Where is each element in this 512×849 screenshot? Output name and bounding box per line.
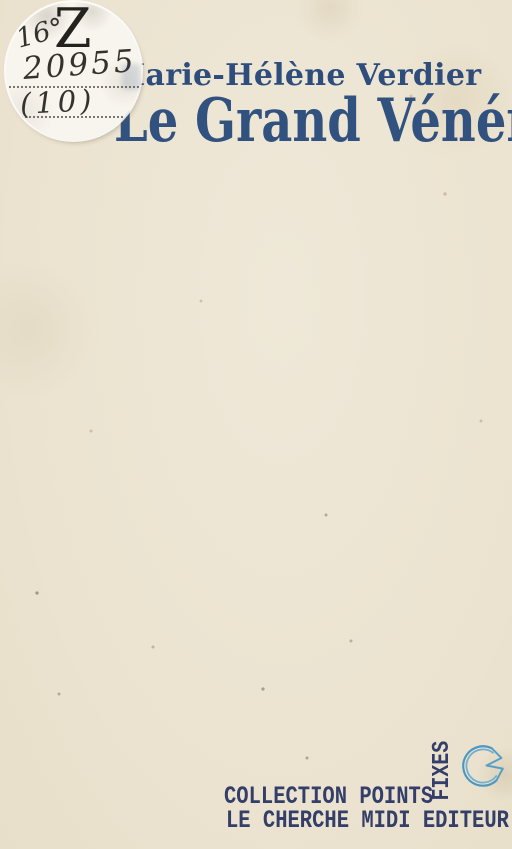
series-vertical-label: FIXES <box>431 747 455 800</box>
sticker-call-number: 20955 <box>22 46 138 85</box>
ink-show-through <box>122 64 140 90</box>
book-title: Le Grand Vénéré <box>114 91 512 151</box>
sticker-dotted-line <box>6 116 141 118</box>
cherche-midi-monogram-icon <box>456 737 511 795</box>
publisher-name: LE CHERCHE MIDI EDITEUR <box>226 808 509 833</box>
book-cover: Marie-Hélène Verdier Le Grand Vénéré 16°… <box>0 0 512 849</box>
library-sticker: 16° Z 20955 (10) <box>6 2 141 140</box>
sticker-copy-number: (10) <box>19 86 96 119</box>
paper-specks <box>0 0 2 2</box>
